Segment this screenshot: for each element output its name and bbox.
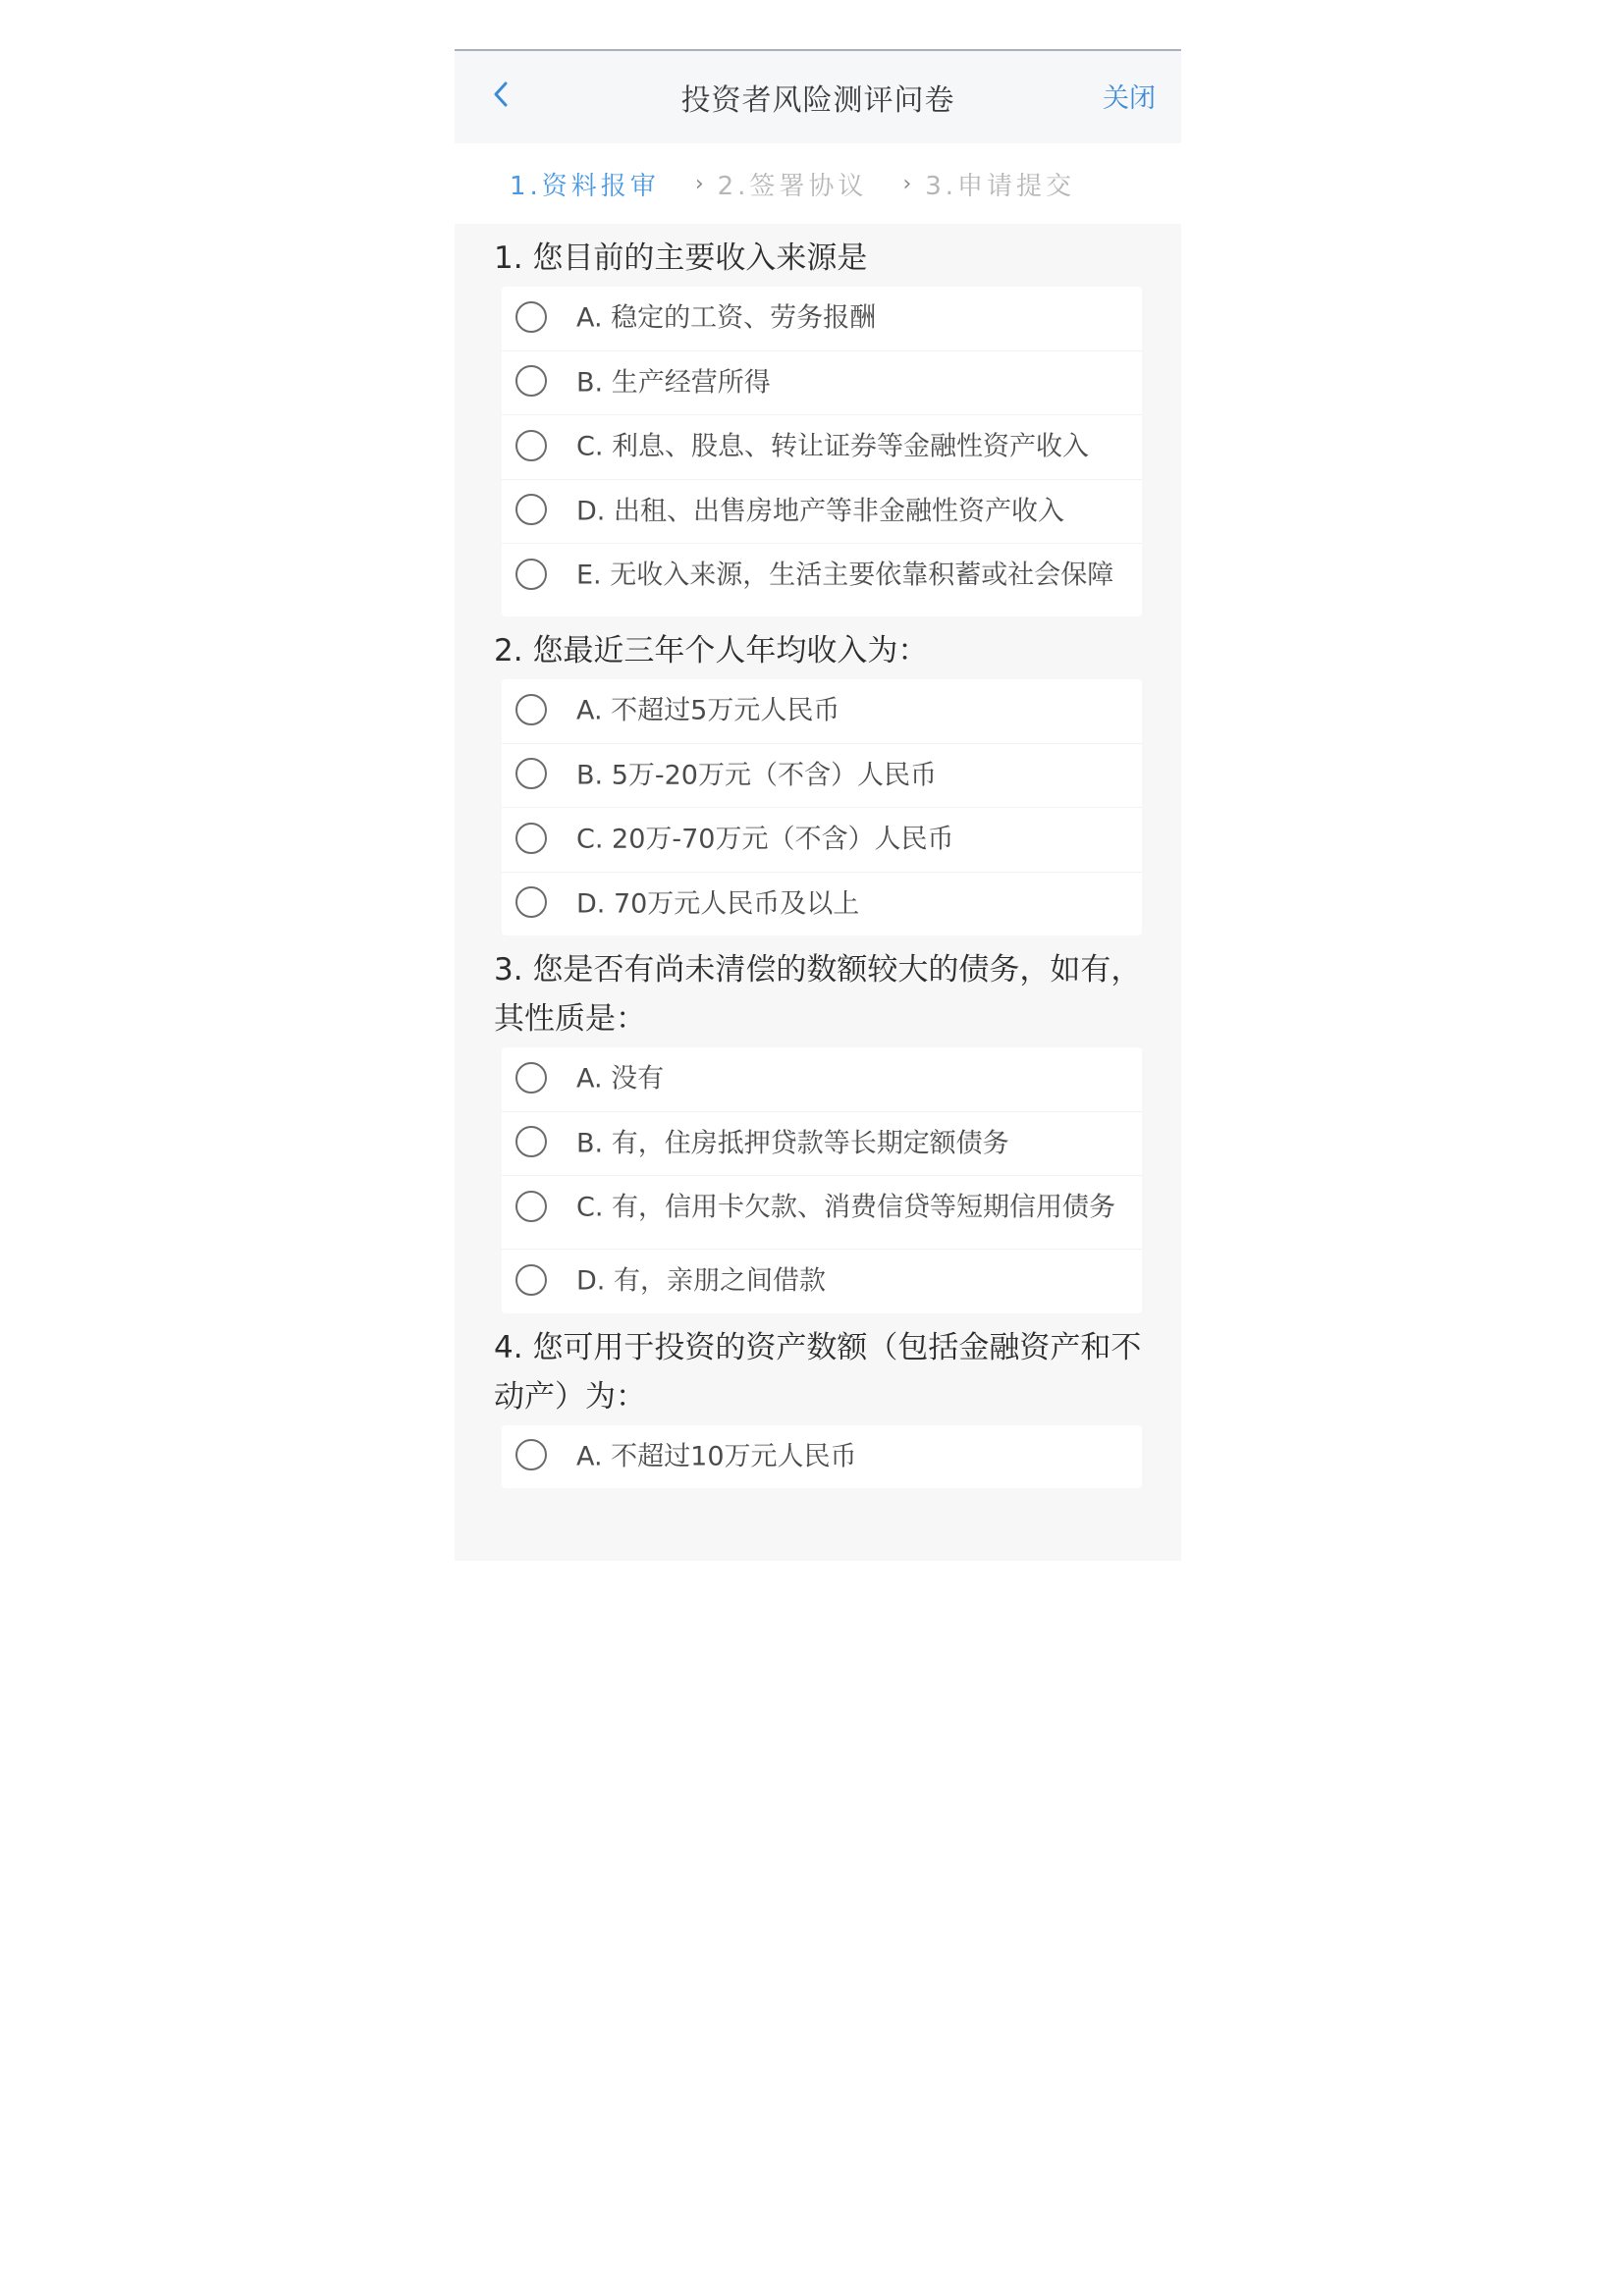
option-3d[interactable]: D. 有，亲朋之间借款 — [502, 1250, 1142, 1313]
questionnaire: 1. 您目前的主要收入来源是 A. 稳定的工资、劳务报酬 B. 生产经营所得 C… — [455, 224, 1181, 1488]
step-2: 2.签署协议 — [718, 166, 868, 202]
option-3a[interactable]: A. 没有 — [502, 1047, 1142, 1112]
radio-unchecked-icon[interactable] — [515, 823, 547, 854]
option-label: A. 稳定的工资、劳务报酬 — [576, 303, 876, 334]
radio-unchecked-icon[interactable] — [515, 301, 547, 333]
step-3: 3.申请提交 — [925, 166, 1075, 202]
question-title: 1. 您目前的主要收入来源是 — [494, 224, 1142, 287]
option-label: D. 有，亲朋之间借款 — [576, 1266, 826, 1297]
radio-unchecked-icon[interactable] — [515, 1191, 547, 1222]
option-label: B. 5万-20万元（不含）人民币 — [576, 760, 937, 790]
option-list: A. 不超过5万元人民币 B. 5万-20万元（不含）人民币 C. 20万-70… — [502, 679, 1142, 935]
radio-unchecked-icon[interactable] — [515, 1062, 547, 1094]
option-2a[interactable]: A. 不超过5万元人民币 — [502, 679, 1142, 744]
option-3c[interactable]: C. 有，信用卡欠款、消费信贷等短期信用债务 — [502, 1176, 1142, 1250]
option-label: C. 利息、股息、转让证券等金融性资产收入 — [576, 432, 1089, 462]
close-button[interactable]: 关闭 — [1103, 77, 1156, 115]
option-2c[interactable]: C. 20万-70万元（不含）人民币 — [502, 808, 1142, 873]
option-label: B. 生产经营所得 — [576, 367, 771, 398]
radio-unchecked-icon[interactable] — [515, 1264, 547, 1296]
option-list: A. 没有 B. 有，住房抵押贷款等长期定额债务 C. 有，信用卡欠款、消费信贷… — [502, 1047, 1142, 1313]
option-label: E. 无收入来源，生活主要依靠积蓄或社会保障 — [576, 561, 1113, 591]
question-title: 4. 您可用于投资的资产数额（包括金融资产和不动产）为： — [494, 1313, 1142, 1425]
option-1e[interactable]: E. 无收入来源，生活主要依靠积蓄或社会保障 — [502, 544, 1142, 616]
radio-unchecked-icon[interactable] — [515, 758, 547, 789]
option-label: A. 不超过10万元人民币 — [576, 1441, 857, 1471]
question-title: 3. 您是否有尚未清偿的数额较大的债务，如有，其性质是： — [494, 935, 1142, 1047]
option-1d[interactable]: D. 出租、出售房地产等非金融性资产收入 — [502, 480, 1142, 545]
radio-unchecked-icon[interactable] — [515, 559, 547, 590]
option-1a[interactable]: A. 稳定的工资、劳务报酬 — [502, 287, 1142, 351]
chevron-right-icon: › — [902, 172, 911, 196]
radio-unchecked-icon[interactable] — [515, 886, 547, 918]
step-1: 1.资料报审 — [510, 166, 660, 202]
question-3: 3. 您是否有尚未清偿的数额较大的债务，如有，其性质是： A. 没有 B. 有，… — [455, 935, 1181, 1313]
option-label: B. 有，住房抵押贷款等长期定额债务 — [576, 1128, 1009, 1158]
chevron-right-icon: › — [695, 172, 704, 196]
option-4a[interactable]: A. 不超过10万元人民币 — [502, 1425, 1142, 1489]
radio-unchecked-icon[interactable] — [515, 1439, 547, 1470]
question-title: 2. 您最近三年个人年均收入为： — [494, 616, 1142, 679]
option-label: D. 70万元人民币及以上 — [576, 888, 859, 919]
progress-stepper: 1.资料报审 › 2.签署协议 › 3.申请提交 — [455, 143, 1181, 224]
page-title: 投资者风险测评问卷 — [681, 76, 955, 119]
option-list: A. 稳定的工资、劳务报酬 B. 生产经营所得 C. 利息、股息、转让证券等金融… — [502, 287, 1142, 616]
radio-unchecked-icon[interactable] — [515, 694, 547, 725]
option-list: A. 不超过10万元人民币 — [502, 1425, 1142, 1489]
nav-bar: 投资者风险测评问卷 关闭 — [455, 51, 1181, 143]
question-4: 4. 您可用于投资的资产数额（包括金融资产和不动产）为： A. 不超过10万元人… — [455, 1313, 1181, 1489]
radio-unchecked-icon[interactable] — [515, 1126, 547, 1157]
chevron-left-icon — [492, 80, 510, 109]
phone-screen: 投资者风险测评问卷 关闭 1.资料报审 › 2.签署协议 › 3.申请提交 1.… — [455, 49, 1181, 1561]
option-label: A. 不超过5万元人民币 — [576, 696, 839, 726]
back-button[interactable] — [492, 75, 521, 114]
option-2b[interactable]: B. 5万-20万元（不含）人民币 — [502, 744, 1142, 809]
option-label: C. 20万-70万元（不含）人民币 — [576, 825, 953, 855]
question-1: 1. 您目前的主要收入来源是 A. 稳定的工资、劳务报酬 B. 生产经营所得 C… — [455, 224, 1181, 616]
option-label: C. 有，信用卡欠款、消费信贷等短期信用债务 — [576, 1193, 1115, 1223]
option-2d[interactable]: D. 70万元人民币及以上 — [502, 873, 1142, 936]
option-3b[interactable]: B. 有，住房抵押贷款等长期定额债务 — [502, 1112, 1142, 1177]
option-1b[interactable]: B. 生产经营所得 — [502, 351, 1142, 416]
option-label: D. 出租、出售房地产等非金融性资产收入 — [576, 496, 1064, 526]
option-1c[interactable]: C. 利息、股息、转让证券等金融性资产收入 — [502, 415, 1142, 480]
radio-unchecked-icon[interactable] — [515, 365, 547, 397]
option-label: A. 没有 — [576, 1064, 664, 1095]
radio-unchecked-icon[interactable] — [515, 494, 547, 525]
question-2: 2. 您最近三年个人年均收入为： A. 不超过5万元人民币 B. 5万-20万元… — [455, 616, 1181, 935]
radio-unchecked-icon[interactable] — [515, 430, 547, 461]
